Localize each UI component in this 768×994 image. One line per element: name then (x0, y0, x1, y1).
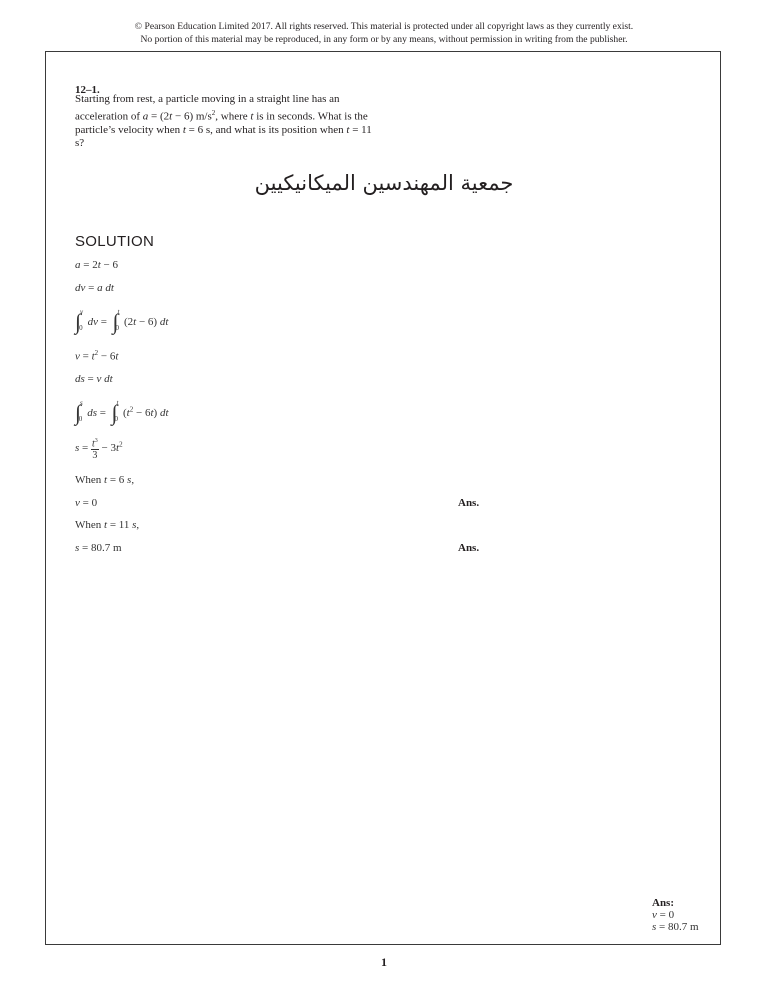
position-result: s = 80.7 m (75, 542, 122, 554)
ans-label-velocity: Ans. (458, 497, 479, 509)
equation-position: s = t33 − 3t2 (75, 436, 123, 461)
copyright-line-1: © Pearson Education Limited 2017. All ri… (0, 20, 768, 33)
equation-integral-s: ∫s0ds = ∫t0(t2 − 6t) dt (75, 396, 169, 422)
answer-summary: Ans: v = 0 s = 80.7 m (652, 897, 699, 933)
arabic-watermark: جمعية المهندسين الميكانيكيين (0, 171, 768, 195)
equation-acceleration: a = 2t − 6 (75, 259, 118, 271)
equation-ds: ds = v dt (75, 373, 113, 385)
ans-label-position: Ans. (458, 542, 479, 554)
answer-position: s = 80.7 m (652, 921, 699, 933)
when-t-11: When t = 11 s, (75, 519, 139, 531)
answer-velocity: v = 0 (652, 909, 699, 921)
when-t-6: When t = 6 s, (75, 474, 134, 486)
answer-heading: Ans: (652, 897, 699, 909)
page-number: 1 (0, 955, 768, 970)
velocity-result: v = 0 (75, 497, 97, 509)
copyright-notice: © Pearson Education Limited 2017. All ri… (0, 20, 768, 46)
copyright-line-2: No portion of this material may be repro… (0, 33, 768, 46)
equation-dv: dv = a dt (75, 282, 114, 294)
problem-statement: Starting from rest, a particle moving in… (75, 93, 375, 151)
equation-integral-v: ∫v0dv = ∫t0(2t − 6) dt (75, 305, 168, 331)
solution-title: SOLUTION (75, 233, 154, 250)
equation-velocity: v = t2 − 6t (75, 349, 118, 363)
